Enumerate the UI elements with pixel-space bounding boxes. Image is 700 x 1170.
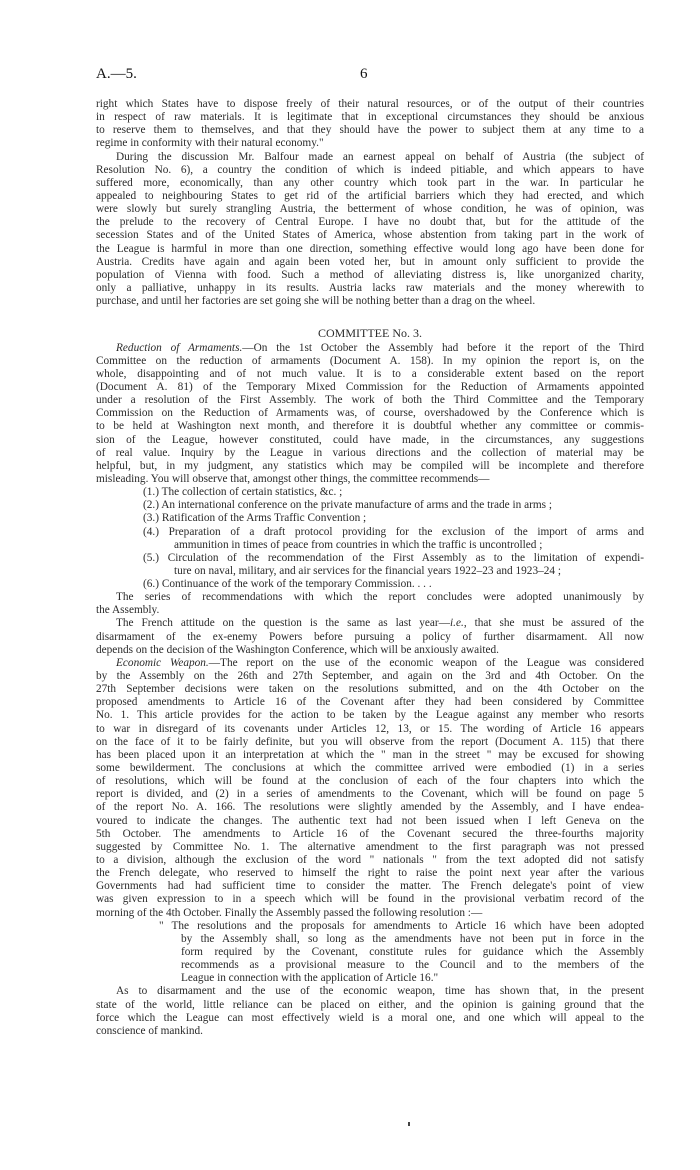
text-line: The French attitude on the question is t… xyxy=(96,617,644,630)
list-item: (5.) Circulation of the recommendation o… xyxy=(96,552,644,565)
text-line: depends on the decision of the Washingto… xyxy=(96,644,644,657)
text-line: During the discussion Mr. Balfour made a… xyxy=(96,151,644,164)
scan-speck xyxy=(408,1122,410,1126)
page-number: 6 xyxy=(360,66,368,83)
list-item-continuation: ture on naval, military, and air service… xyxy=(96,565,644,578)
text-line: sion of the League, however constituted,… xyxy=(96,434,644,447)
text-line: by the Assembly on the 26th and 27th Sep… xyxy=(96,670,644,683)
text-line: Resolution No. 6), a country the conditi… xyxy=(96,164,644,177)
text-line: to war in disregard of its covenants und… xyxy=(96,723,644,736)
text-line: Austria. Credits have again and again be… xyxy=(96,256,644,269)
document-body: right which States have to dispose freel… xyxy=(96,98,644,1038)
text-line: Economic Weapon.—The report on the use o… xyxy=(96,657,644,670)
quote-line: by the Assembly shall, so long as the am… xyxy=(96,933,644,946)
text-line: of real value. Inquiry by the League in … xyxy=(96,447,644,460)
paragraph-economic-weapon: Economic Weapon.—The report on the use o… xyxy=(96,657,644,920)
text-line: Reduction of Armaments.—On the 1st Octob… xyxy=(96,342,644,355)
text-line: were slowly but surely strangling Austri… xyxy=(96,203,644,216)
text-line: force which the League can most effectiv… xyxy=(96,1012,644,1025)
list-item: (2.) An international conference on the … xyxy=(96,499,644,512)
text-line: disarmament of the ex-enemy Powers befor… xyxy=(96,631,644,644)
document-page: A.—5. 6 right which States have to dispo… xyxy=(0,0,700,1170)
text-line: population of Vienna with food. Such a m… xyxy=(96,269,644,282)
quote-line: form required by the Covenant, constitut… xyxy=(96,946,644,959)
text-line: was given expression to in a speech whic… xyxy=(96,893,644,906)
text-line: on the face of it to be fairly definite,… xyxy=(96,736,644,749)
text-line: of resolutions, which will be found at t… xyxy=(96,775,644,788)
text-line: suggested by Committee No. 1. The altern… xyxy=(96,841,644,854)
text-line: Governments had had sufficient time to c… xyxy=(96,880,644,893)
text-run: —On the 1st October the Assembly had bef… xyxy=(242,342,644,354)
text-line: the French delegate, who reserved to him… xyxy=(96,867,644,880)
text-line: Committee on the reduction of armaments … xyxy=(96,355,644,368)
text-line: to reserve them to themselves, and that … xyxy=(96,124,644,137)
text-line: secession States and of the United State… xyxy=(96,229,644,242)
text-line: (Document A. 81) of the Temporary Mixed … xyxy=(96,381,644,394)
document-reference: A.—5. xyxy=(96,66,137,83)
run-in-heading: Reduction of Armaments. xyxy=(116,342,242,354)
text-line: No. 1. This article provides for the act… xyxy=(96,709,644,722)
text-line: the League is harmful in more than one d… xyxy=(96,243,644,256)
text-line: morning of the 4th October. Finally the … xyxy=(96,907,644,920)
list-item-continuation: ammunition in times of peace from countr… xyxy=(96,539,644,552)
text-line: the Assembly. xyxy=(96,604,644,617)
quote-line: League in connection with the applicatio… xyxy=(96,972,644,985)
spacer xyxy=(96,308,644,321)
quote-line: recommends as a provisional measure to t… xyxy=(96,959,644,972)
text-line: purchase, and until her factories are se… xyxy=(96,295,644,308)
text-line: misleading. You will observe that, among… xyxy=(96,473,644,486)
text-line: As to disarmament and the use of the eco… xyxy=(96,985,644,998)
text-line: the prelude to the recovery of Central E… xyxy=(96,216,644,229)
text-line: helpful, but, in my judgment, any statis… xyxy=(96,460,644,473)
text-line: only a palliative, unhappy in its result… xyxy=(96,282,644,295)
run-in-heading: Economic Weapon. xyxy=(116,657,209,669)
text-line: to a division, although the exclusion of… xyxy=(96,854,644,867)
paragraph-raw-materials: right which States have to dispose freel… xyxy=(96,98,644,151)
text-line: suffered more, economically, than any ot… xyxy=(96,177,644,190)
text-line: proposed amendments to Article 16 of the… xyxy=(96,696,644,709)
text-line: The series of recommendations with which… xyxy=(96,591,644,604)
text-line: report is divided, and (2) in a series o… xyxy=(96,788,644,801)
text-line: 27th September decisions were taken on t… xyxy=(96,683,644,696)
text-line: to be held at Washington next month, and… xyxy=(96,420,644,433)
paragraph-french-attitude: The French attitude on the question is t… xyxy=(96,617,644,656)
text-line: appealed to neighbouring States to get r… xyxy=(96,190,644,203)
text-line: under a resolution of the First Assembly… xyxy=(96,394,644,407)
quote-line: " The resolutions and the proposals for … xyxy=(96,920,644,933)
paragraph-austria: During the discussion Mr. Balfour made a… xyxy=(96,151,644,309)
text-line: conscience of mankind. xyxy=(96,1025,644,1038)
paragraph-conclusion: As to disarmament and the use of the eco… xyxy=(96,985,644,1038)
text-line: some bewilderment. The conclusions at wh… xyxy=(96,762,644,775)
paragraph-reduction-of-armaments: Reduction of Armaments.—On the 1st Octob… xyxy=(96,342,644,487)
text-line: has been placed upon it an interpretatio… xyxy=(96,749,644,762)
text-line: whole, disappointing and of not much val… xyxy=(96,368,644,381)
text-line: regime in conformity with their natural … xyxy=(96,137,644,150)
text-line: voured to indicate the changes. The auth… xyxy=(96,815,644,828)
block-quote-resolution: " The resolutions and the proposals for … xyxy=(96,920,644,986)
list-item: (1.) The collection of certain statistic… xyxy=(96,486,644,499)
text-line: in respect of raw materials. It is legit… xyxy=(96,111,644,124)
text-line: Commission on the Reduction of Armaments… xyxy=(96,407,644,420)
list-item: (6.) Continuance of the work of the temp… xyxy=(96,578,644,591)
paragraph-adopted: The series of recommendations with which… xyxy=(96,591,644,617)
text-line: right which States have to dispose freel… xyxy=(96,98,644,111)
text-line: state of the world, little reliance can … xyxy=(96,999,644,1012)
list-item: (4.) Preparation of a draft protocol pro… xyxy=(96,526,644,539)
text-line: 5th October. The amendments to Article 1… xyxy=(96,828,644,841)
recommendations-list: (1.) The collection of certain statistic… xyxy=(96,486,644,591)
text-line: of the report No. A. 166. The resolution… xyxy=(96,801,644,814)
list-item: (3.) Ratification of the Arms Traffic Co… xyxy=(96,512,644,525)
section-heading: COMMITTEE No. 3. xyxy=(96,327,644,340)
